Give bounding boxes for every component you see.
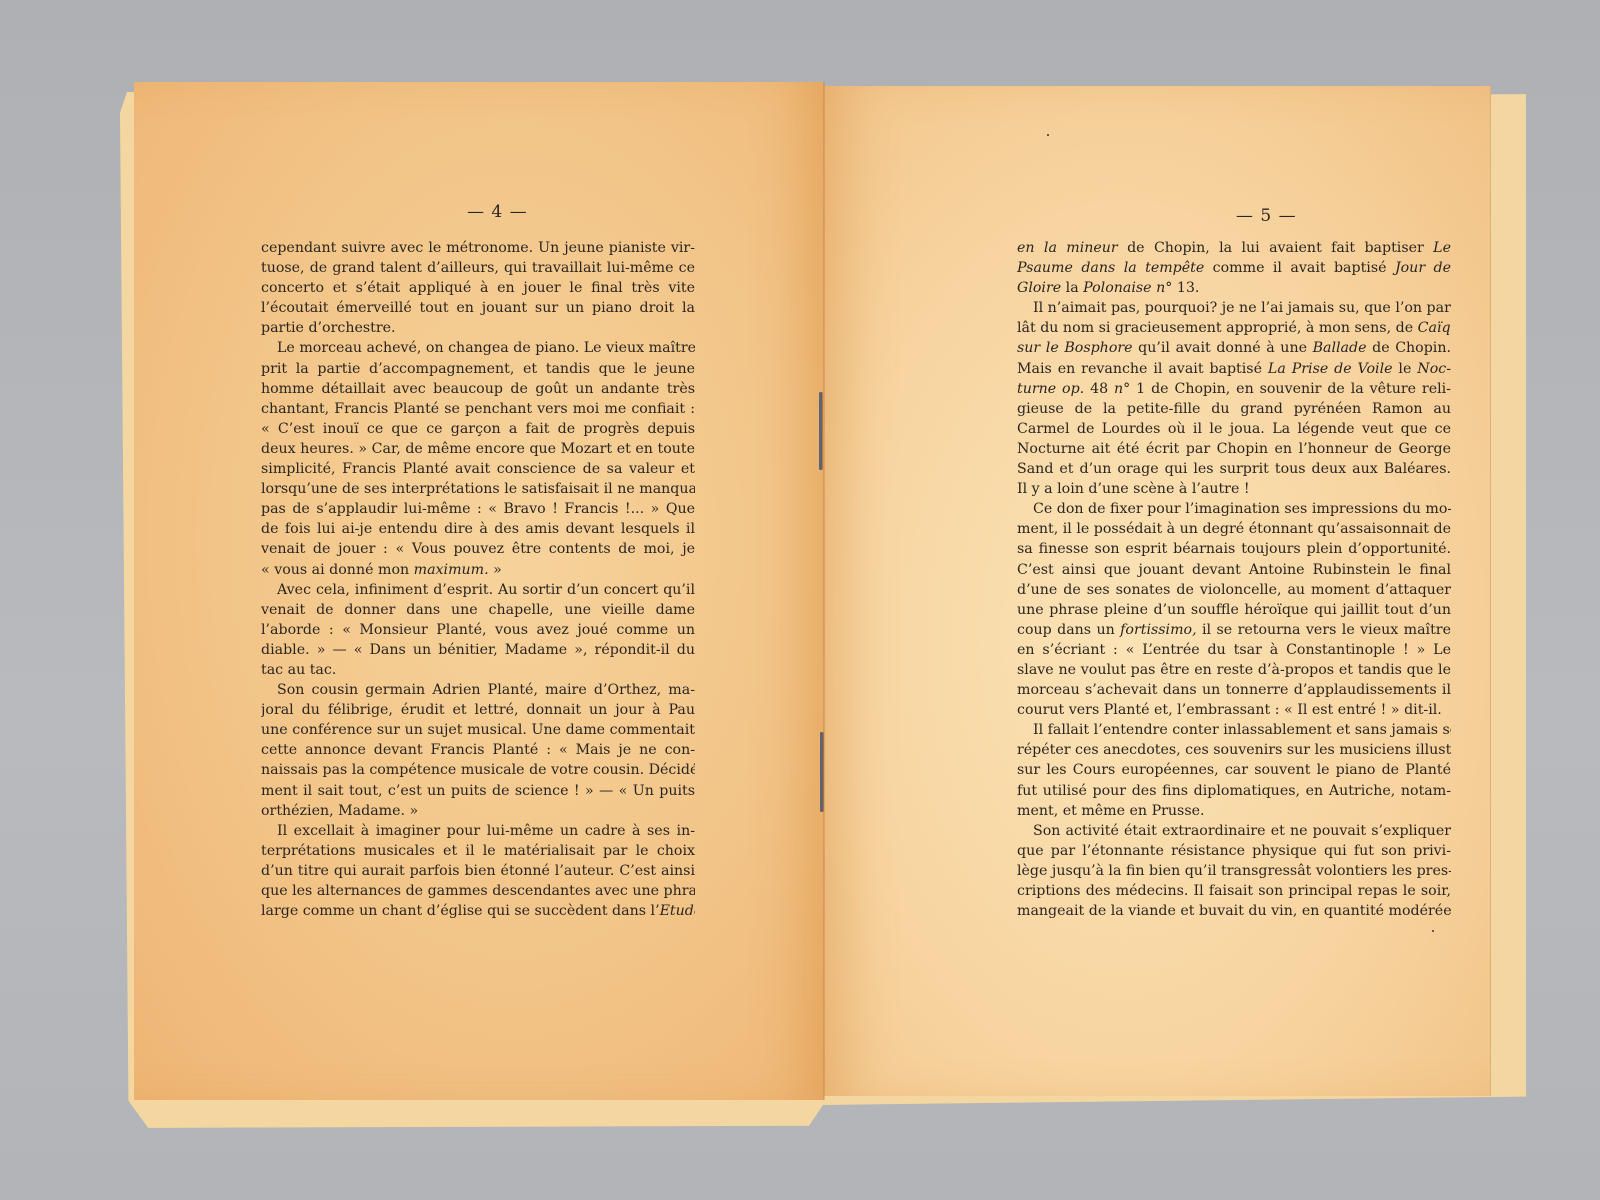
text-line: gieuse de la petite-fille du grand pyrén… bbox=[1017, 399, 1451, 419]
text-line: fut utilisé pour des fins diplomatiques,… bbox=[1017, 781, 1451, 801]
open-booklet: — 4 — cependant suivre avec le métronome… bbox=[120, 82, 1526, 1132]
text-line: l’aborde : « Monsieur Planté, vous avez … bbox=[261, 620, 695, 640]
text-line: que par l’étonnante résistance physique … bbox=[1017, 841, 1451, 861]
text-line: prit la partie d’accompagnement, et tand… bbox=[261, 359, 695, 379]
text-line: terprétations musicales et il le matéria… bbox=[261, 841, 695, 861]
text-line: turne op. 48 n° 1 de Chopin, en souvenir… bbox=[1017, 379, 1451, 399]
text-line: naissais pas la compétence musicale de v… bbox=[261, 760, 695, 780]
text-line: sa finesse son esprit béarnais toujours … bbox=[1017, 539, 1451, 559]
text-line: cette annonce devant Francis Planté : « … bbox=[261, 740, 695, 760]
text-line: tac au tac. bbox=[261, 660, 695, 680]
text-line: Avec cela, infiniment d’esprit. Au sorti… bbox=[261, 580, 695, 600]
text-line: slave ne voulut pas être en reste d’à-pr… bbox=[1017, 660, 1451, 680]
text-line: « vous ai donné mon maximum. » bbox=[261, 560, 695, 580]
text-line: diable. » — « Dans un bénitier, Madame »… bbox=[261, 640, 695, 660]
paper-speck bbox=[1432, 930, 1434, 932]
left-page: — 4 — cependant suivre avec le métronome… bbox=[134, 82, 824, 1100]
text-line: « C’est inouï ce que ce garçon a fait de… bbox=[261, 419, 695, 439]
text-line: Gloire la Polonaise n° 13. bbox=[1017, 278, 1451, 298]
text-line: d’une de ses sonates de violoncelle, au … bbox=[1017, 580, 1451, 600]
text-line: tuose, de grand talent d’ailleurs, qui t… bbox=[261, 258, 695, 278]
text-line: criptions des médecins. Il faisait son p… bbox=[1017, 881, 1451, 901]
text-line: coup dans un fortissimo, il se retourna … bbox=[1017, 620, 1451, 640]
text-line: Son cousin germain Adrien Planté, maire … bbox=[261, 680, 695, 700]
text-line: Son activité était extraordinaire et ne … bbox=[1017, 821, 1451, 841]
text-line: C’est ainsi que jouant devant Antoine Ru… bbox=[1017, 560, 1451, 580]
paper-speck bbox=[1047, 134, 1049, 136]
text-line: homme détaillait avec beaucoup de goût u… bbox=[261, 379, 695, 399]
right-page-text: en la mineur de Chopin, la lui avaient f… bbox=[1017, 238, 1451, 921]
text-line: cependant suivre avec le métronome. Un j… bbox=[261, 238, 695, 258]
text-line: simplicité, Francis Planté avait conscie… bbox=[261, 459, 695, 479]
text-line: venait de jouer : « Vous pouvez être con… bbox=[261, 539, 695, 559]
text-line: Carmel de Lourdes où il le joua. La lége… bbox=[1017, 419, 1451, 439]
upper-staple bbox=[819, 392, 822, 470]
booklet-spine-fold bbox=[823, 82, 825, 1100]
text-line: Il y a loin d’une scène à l’autre ! bbox=[1017, 479, 1451, 499]
text-line: en la mineur de Chopin, la lui avaient f… bbox=[1017, 238, 1451, 258]
text-line: mangeait de la viande et buvait du vin, … bbox=[1017, 901, 1451, 921]
text-line: lorsqu’une de ses interprétations le sat… bbox=[261, 479, 695, 499]
text-line: que les alternances de gammes descendant… bbox=[261, 881, 695, 901]
text-line: lège jusqu’à la fin bien qu’il transgres… bbox=[1017, 861, 1451, 881]
page-number-right: — 5 — bbox=[1236, 206, 1297, 226]
text-line: joral du félibrige, érudit et lettré, do… bbox=[261, 700, 695, 720]
text-line: Le morceau achevé, on changea de piano. … bbox=[261, 338, 695, 358]
text-line: Ce don de fixer pour l’imagination ses i… bbox=[1017, 499, 1451, 519]
text-line: Mais en revanche il avait baptisé La Pri… bbox=[1017, 359, 1451, 379]
text-line: de fois lui ai-je entendu dire à des ami… bbox=[261, 519, 695, 539]
text-line: sur le Bosphore qu’il avait donné à une … bbox=[1017, 338, 1451, 358]
text-line: Nocturne ait été écrit par Chopin en l’h… bbox=[1017, 439, 1451, 459]
text-line: une conférence sur un sujet musical. Une… bbox=[261, 720, 695, 740]
text-line: ment il sait tout, c’est un puits de sci… bbox=[261, 781, 695, 801]
text-line: courut vers Planté et, l’embrassant : « … bbox=[1017, 700, 1451, 720]
text-line: ment, et même en Prusse. bbox=[1017, 801, 1451, 821]
page-number-left: — 4 — bbox=[467, 202, 528, 222]
text-line: large comme un chant d’église qui se suc… bbox=[261, 901, 695, 921]
right-page: — 5 — en la mineur de Chopin, la lui ava… bbox=[824, 86, 1491, 1096]
text-line: Sand et d’un orage qui les surprit tous … bbox=[1017, 459, 1451, 479]
text-line: l’écoutait émerveillé tout en jouant sur… bbox=[261, 298, 695, 318]
text-line: ment, il le possédait à un degré étonnan… bbox=[1017, 519, 1451, 539]
text-line: venait de donner dans une chapelle, une … bbox=[261, 600, 695, 620]
text-line: répéter ces anecdotes, ces souvenirs sur… bbox=[1017, 740, 1451, 760]
text-line: deux heures. » Car, de même encore que M… bbox=[261, 439, 695, 459]
lower-staple bbox=[820, 732, 823, 812]
text-line: chantant, Francis Planté se penchant ver… bbox=[261, 399, 695, 419]
text-line: concerto et s’était appliqué à en jouer … bbox=[261, 278, 695, 298]
text-line: partie d’orchestre. bbox=[261, 318, 695, 338]
text-line: lât du nom si gracieusement approprié, à… bbox=[1017, 318, 1451, 338]
text-line: morceau s’achevait dans un tonnerre d’ap… bbox=[1017, 680, 1451, 700]
text-line: orthézien, Madame. » bbox=[261, 801, 695, 821]
text-line: pas de s’applaudir lui-même : « Bravo ! … bbox=[261, 499, 695, 519]
text-line: Il n’aimait pas, pourquoi? je ne l’ai ja… bbox=[1017, 298, 1451, 318]
text-line: Psaume dans la tempête comme il avait ba… bbox=[1017, 258, 1451, 278]
text-line: une phrase pleine d’un souffle héroïque … bbox=[1017, 600, 1451, 620]
text-line: Il excellait à imaginer pour lui-même un… bbox=[261, 821, 695, 841]
left-page-text: cependant suivre avec le métronome. Un j… bbox=[261, 238, 695, 921]
text-line: d’un titre qui aurait parfois bien étonn… bbox=[261, 861, 695, 881]
text-line: en s’écriant : « L’entrée du tsar à Cons… bbox=[1017, 640, 1451, 660]
text-line: Il fallait l’entendre conter inlassablem… bbox=[1017, 720, 1451, 740]
text-line: sur les Cours européennes, car souvent l… bbox=[1017, 760, 1451, 780]
